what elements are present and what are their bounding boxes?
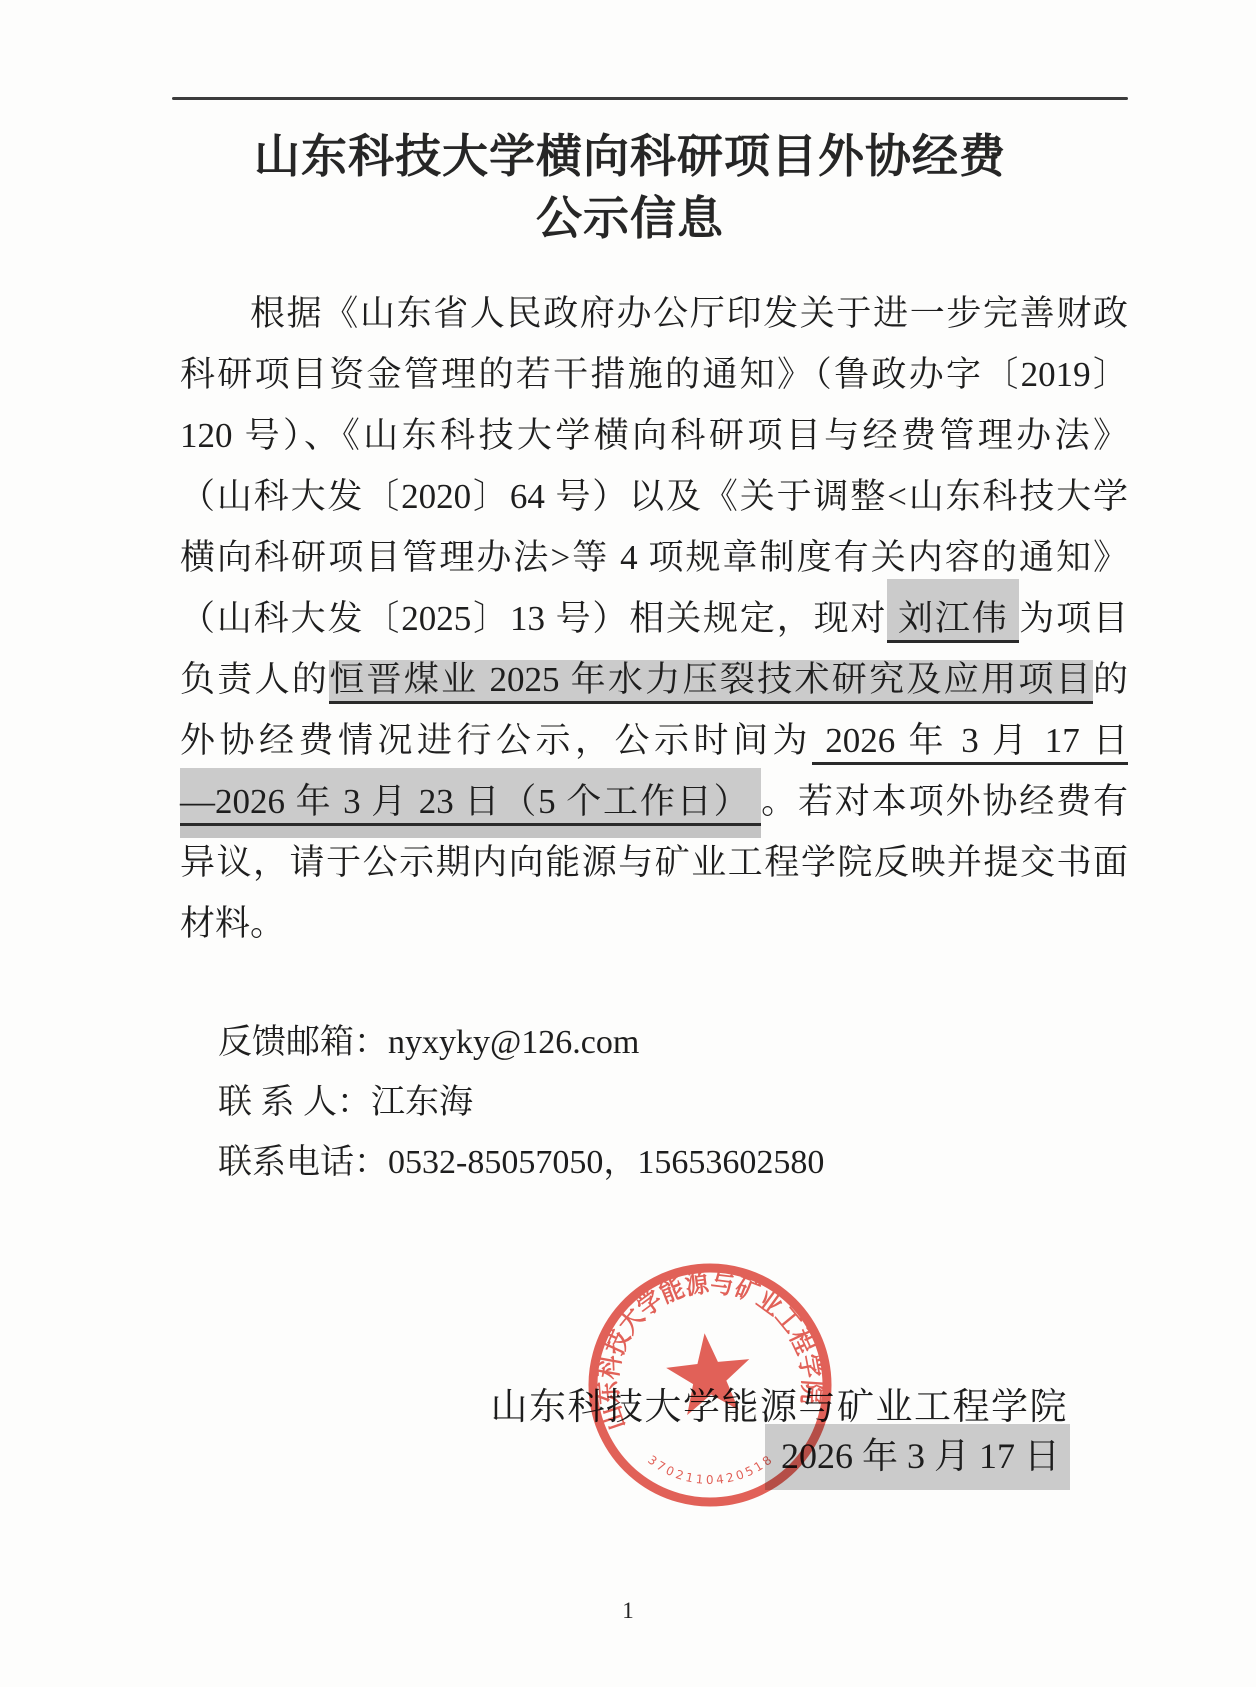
publicity-start-date: 2026 年 3 月 17 日 [812,721,1128,765]
person-value: 江东海 [371,1084,473,1121]
body-text: 为项目 [1019,599,1128,638]
document-title: 山东科技大学横向科研项目外协经费 公示信息 [40,126,1220,250]
contact-phone-line: 联系电话：0532-85057050，15653602580 [218,1133,1118,1193]
body-line-1: 根据《山东省人民政府办公厅印发关于进一步完善财政 [180,283,1128,344]
body-text: 。若对本项外协经费有 [761,782,1128,821]
body-line-11: 材料。 [180,893,1128,954]
body-line-4: （山科大发〔2020〕64 号）以及《关于调整<山东科技大学 [180,466,1128,527]
header-rule [172,97,1128,100]
document-page: 山东科技大学横向科研项目外协经费 公示信息 根据《山东省人民政府办公厅印发关于进… [0,0,1256,1687]
body-line-3: 120 号）、《山东科技大学横向科研项目与经费管理办法》 [180,405,1128,466]
body-line-7: 负责人的恒晋煤业 2025 年水力压裂技术研究及应用项目的 [180,649,1128,710]
body-text: （山科大发〔2025〕13 号）相关规定，现对 [180,599,887,638]
body-paragraph: 根据《山东省人民政府办公厅印发关于进一步完善财政 科研项目资金管理的若干措施的通… [180,283,1128,954]
body-line-2: 科研项目资金管理的若干措施的通知》（鲁政办字〔2019〕 [180,344,1128,405]
email-label: 反馈邮箱： [218,1024,388,1061]
body-text: 材料。 [180,904,285,943]
body-line-6: （山科大发〔2025〕13 号）相关规定，现对 刘江伟 为项目 [180,588,1128,649]
body-text: （山科大发〔2020〕64 号）以及《关于调整<山东科技大学 [180,477,1128,516]
stamp-serial: 3702110420518 [644,1440,778,1494]
title-line-1: 山东科技大学横向科研项目外协经费 [40,126,1220,188]
publicity-end-date: —2026 年 3 月 23 日（5 个工作日） [180,782,761,826]
body-line-10: 异议，请于公示期内向能源与矿业工程学院反映并提交书面 [180,832,1128,893]
body-text: 科研项目资金管理的若干措施的通知》（鲁政办字〔2019〕 [180,355,1128,394]
contact-block: 反馈邮箱：nyxyky@126.com 联 系 人：江东海 联系电话：0532-… [218,1013,1118,1193]
body-text: 外协经费情况进行公示，公示时间为 [180,721,812,760]
body-text: 根据《山东省人民政府办公厅印发关于进一步完善财政 [250,294,1128,333]
body-line-5: 横向科研项目管理办法>等 4 项规章制度有关内容的通知》 [180,527,1128,588]
body-line-8: 外协经费情况进行公示，公示时间为 2026 年 3 月 17 日 [180,710,1128,771]
body-text: 的 [1093,660,1128,699]
body-text: 横向科研项目管理办法>等 4 项规章制度有关内容的通知》 [180,538,1128,577]
contact-person-line: 联 系 人：江东海 [218,1073,1118,1133]
svg-text:3702110420518: 3702110420518 [644,1440,778,1494]
body-text: 异议，请于公示期内向能源与矿业工程学院反映并提交书面 [180,843,1128,882]
phone-label: 联系电话： [218,1144,388,1181]
project-leader-name: 刘江伟 [887,599,1019,643]
official-seal-stamp: 山东科技大学能源与矿业工程学院 3702110420518 [572,1247,849,1524]
page-number: 1 [0,1598,1256,1624]
person-label: 联 系 人： [218,1084,371,1121]
stamp-star-icon [663,1329,754,1417]
body-text: 120 号）、《山东科技大学横向科研项目与经费管理办法》 [180,416,1128,455]
body-line-9: —2026 年 3 月 23 日（5 个工作日） 。若对本项外协经费有 [180,771,1128,832]
body-text: 负责人的 [180,660,329,699]
contact-email-line: 反馈邮箱：nyxyky@126.com [218,1013,1118,1073]
title-line-2: 公示信息 [40,188,1220,250]
phone-value: 0532-85057050，15653602580 [388,1144,824,1181]
email-value: nyxyky@126.com [388,1024,639,1061]
project-name: 恒晋煤业 2025 年水力压裂技术研究及应用项目 [329,660,1093,704]
